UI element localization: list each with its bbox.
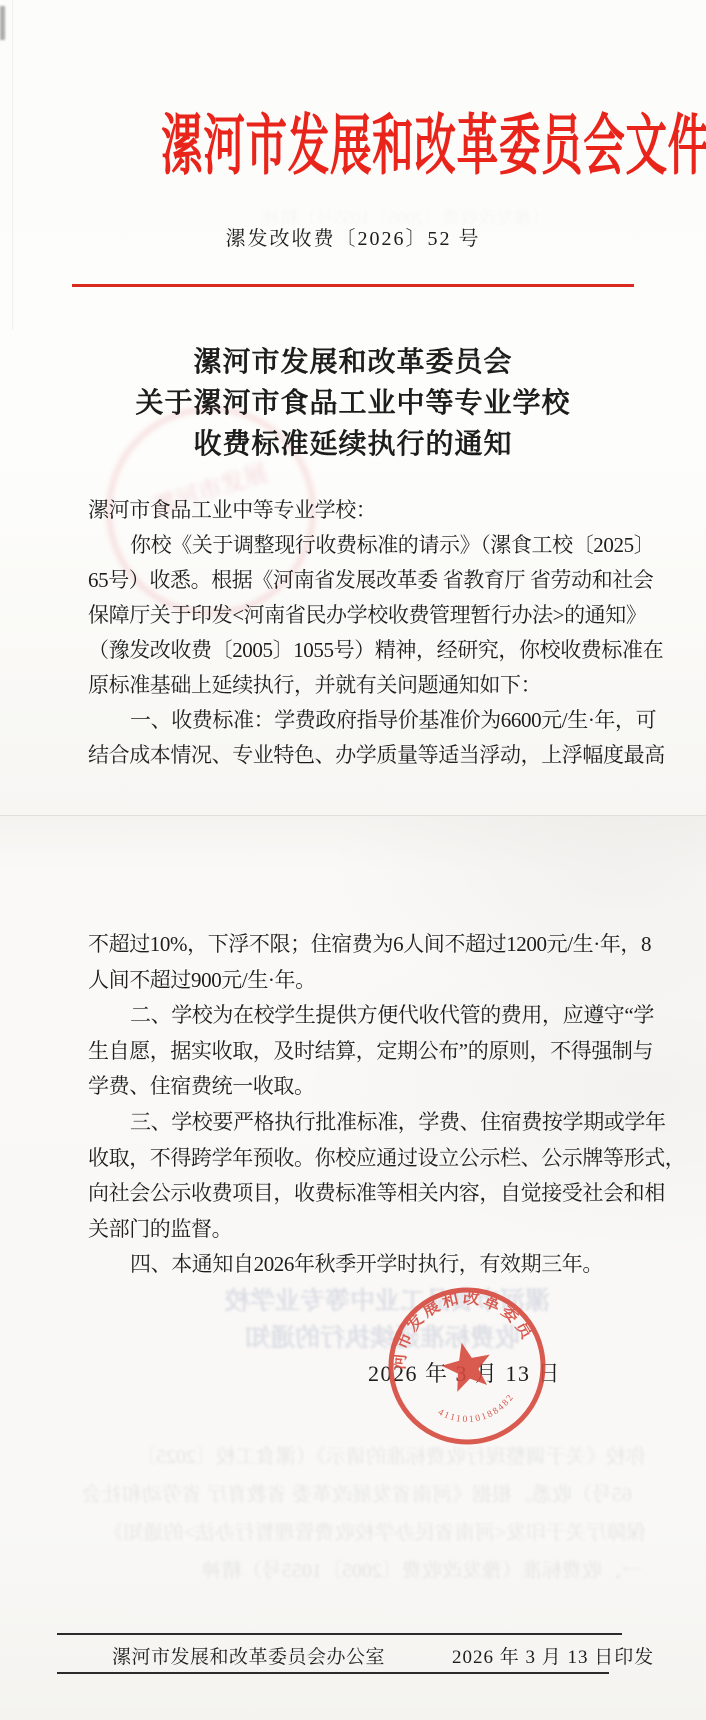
- body-text-line: 原标准基础上延续执行，并就有关问题通知如下：: [88, 668, 648, 703]
- body-text-line: 向社会公示收费项目，收费标准等相关内容，自觉接受社会和相: [88, 1176, 648, 1212]
- body-text-line: 不超过10%，下浮不限；住宿费为6人间不超过1200元/生·年，8: [88, 927, 648, 963]
- bleed-through-text: 你校《关于调整现行收费标准的请示》（漯食工校〔2025〕: [86, 1438, 646, 1476]
- body-text-line: 65号）收悉。根据《河南省发展改革委 省教育厅 省劳动和社会: [88, 563, 648, 598]
- document-title-line: 漯河市发展和改革委员会: [73, 342, 633, 383]
- seal-code-text: 4111010188482: [434, 1390, 520, 1432]
- body-text-line: 收取，不得跨学年预收。你校应通过设立公示栏、公示牌等形式，: [88, 1141, 648, 1177]
- body-text-line: 保障厅关于印发<河南省民办学校收费管理暂行办法>的通知》: [88, 598, 648, 633]
- document-title-line: 关于漯河市食品工业中等专业学校: [73, 383, 633, 424]
- letterhead-agency-title: 漯河市发展和改革委员会文件: [0, 92, 706, 187]
- bleed-through-text: 保障厅关于印发<河南省民办学校收费管理暂行办法>的通知》: [86, 1514, 646, 1552]
- body-text-line: 二、学校为在校学生提供方便代收代管的费用，应遵守“学: [88, 998, 648, 1034]
- scanned-official-document: （豫发改收费〔2005〕1055号）精神 漯河市发展和改革委员会文件 漯发改收费…: [0, 0, 706, 1720]
- footer-issuing-office: 漯河市发展和改革委员会办公室: [112, 1642, 385, 1669]
- body-text-line: 关部门的监督。: [88, 1212, 648, 1248]
- footer-rule-top: [57, 1633, 622, 1635]
- bleed-through-body-block: 你校《关于调整现行收费标准的请示》（漯食工校〔2025〕65号）收悉。根据《河南…: [86, 1438, 646, 1590]
- body-text-line: 你校《关于调整现行收费标准的请示》（漯食工校〔2025〕: [88, 528, 648, 563]
- body-page2: 不超过10%，下浮不限；住宿费为6人间不超过1200元/生·年，8人间不超过90…: [88, 927, 648, 1283]
- seal-star-icon: [438, 1337, 497, 1394]
- body-text-line: 人间不超过900元/生·年。: [88, 963, 648, 999]
- document-title-line: 收费标准延续执行的通知: [73, 424, 633, 465]
- bleed-through-text: 65号）收悉。根据《河南省发展改革委 省教育厅 省劳动和社会: [86, 1476, 646, 1514]
- body-text-line: 漯河市食品工业中等专业学校：: [88, 493, 648, 528]
- body-text-line: （豫发改收费〔2005〕1055号）精神，经研究，你校收费标准在: [88, 633, 648, 668]
- body-page1: 漯河市食品工业中等专业学校：你校《关于调整现行收费标准的请示》（漯食工校〔202…: [88, 493, 648, 773]
- document-title: 漯河市发展和改革委员会关于漯河市食品工业中等专业学校收费标准延续执行的通知: [73, 342, 633, 465]
- bleed-through-text: 一、收费标准（豫发改收费〔2005〕1055号）精神: [86, 1552, 646, 1590]
- scan-edge-artifact: [0, 6, 5, 40]
- footer-print-date: 2026 年 3 月 13 日印发: [452, 1642, 618, 1669]
- body-text-line: 四、本通知自2026年秋季开学时执行，有效期三年。: [88, 1247, 648, 1283]
- letterhead-agency-title-text: 漯河市发展和改革委员会文件: [161, 92, 706, 187]
- footer-rule-bottom: [57, 1672, 609, 1674]
- red-separator-rule: [72, 284, 634, 287]
- document-number: 漯发改收费〔2026〕52 号: [0, 222, 706, 251]
- body-text-line: 生自愿，据实收取，及时结算，定期公布”的原则，不得强制与: [88, 1034, 648, 1070]
- body-text-line: 一、收费标准：学费政府指导价基准价为6600元/生·年，可: [88, 703, 648, 738]
- body-text-line: 学费、住宿费统一收取。: [88, 1069, 648, 1105]
- body-text-line: 结合成本情况、专业特色、办学质量等适当浮动，上浮幅度最高: [88, 738, 648, 773]
- body-text-line: 三、学校要严格执行批准标准，学费、住宿费按学期或学年: [88, 1105, 648, 1141]
